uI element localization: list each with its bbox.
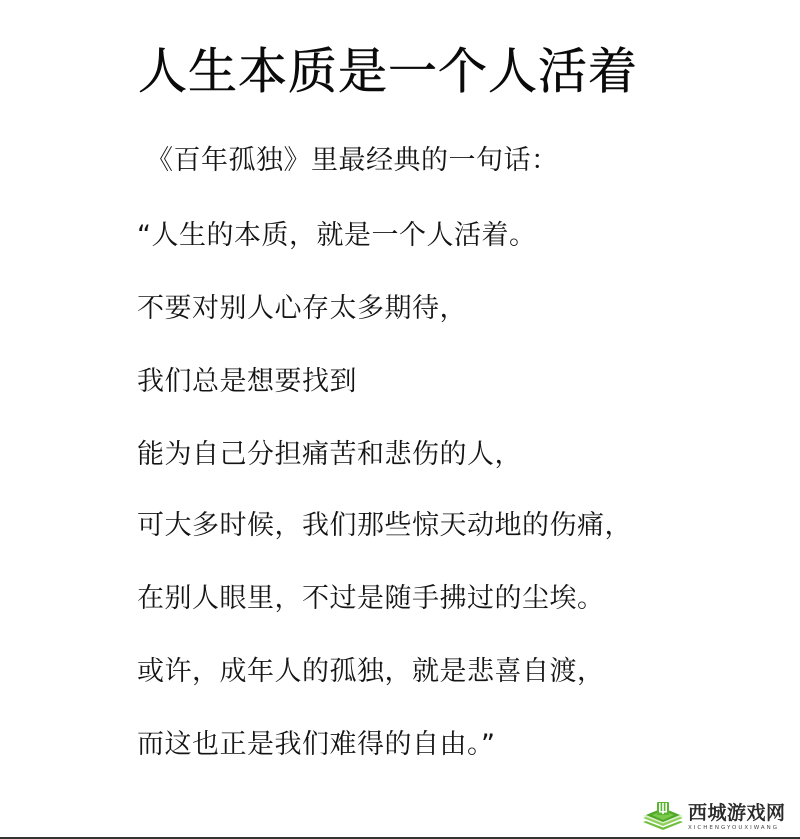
text-line: 不要对别人心存太多期待，: [137, 291, 467, 327]
text-line: 或许，成年人的孤独，就是悲喜自渡，: [137, 654, 605, 690]
text-line: 我们总是想要找到: [137, 364, 357, 400]
text-line: 而这也正是我们难得的自由。”: [137, 727, 496, 763]
watermark-subtitle: XICHENGYOUXIWANG: [688, 824, 786, 832]
document-page: 人生本质是一个人活着 《百年孤独》里最经典的一句话： “人生的本质，就是一个人活…: [0, 0, 800, 837]
watermark-name: 西城游戏网: [688, 802, 786, 824]
text-line: 在别人眼里，不过是随手拂过的尘埃。: [137, 581, 605, 617]
text-line: 能为自己分担痛苦和悲伤的人，: [137, 437, 522, 473]
page-title: 人生本质是一个人活着: [138, 40, 638, 104]
text-line: 可大多时候，我们那些惊天动地的伤痛，: [137, 508, 632, 544]
layered-diamond-logo-icon: [642, 800, 684, 834]
text-line: “人生的本质，就是一个人活着。: [137, 218, 537, 254]
site-watermark: 西城游戏网 XICHENGYOUXIWANG: [642, 797, 800, 837]
text-line: 《百年孤独》里最经典的一句话：: [146, 143, 559, 179]
watermark-text: 西城游戏网 XICHENGYOUXIWANG: [688, 802, 786, 832]
